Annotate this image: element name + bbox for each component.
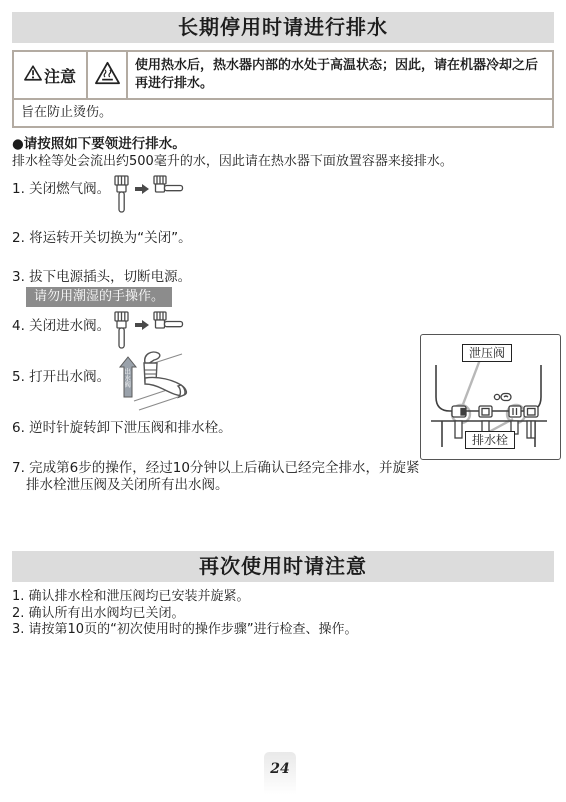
- step-5: 5. 打开出水阀。: [12, 369, 198, 415]
- heater-underside-diagram: 泄压阀 排水栓: [420, 334, 561, 460]
- faucet-open-icon: 出水阀: [114, 349, 198, 415]
- step-7: 7. 完成第6步的操作，经过10分钟以上后确认已经完全排水，并旋紧: [12, 460, 419, 477]
- step-5-label: 5. 打开出水阀。: [12, 369, 110, 386]
- step-6: 6. 逆时针旋转卸下泄压阀和排水栓。: [12, 420, 232, 437]
- step-3-label: 3. 拔下电源插头，切断电源。: [12, 269, 191, 286]
- step-1: 1. 关闭燃气阀。: [12, 181, 184, 230]
- drain-section-title: 长期停用时请进行排水: [12, 12, 554, 43]
- step-6-label: 6. 逆时针旋转卸下泄压阀和排水栓。: [12, 420, 232, 437]
- caution-label-cell: 注意: [14, 52, 88, 98]
- step-2: 2. 将运转开关切换为“关闭”。: [12, 230, 192, 247]
- step-7-label-line2: 排水栓泄压阀及关闭所有出水阀。: [26, 477, 229, 494]
- caution-box: 注意 使用热水后，热水器内部的水处于高温状态；因此，请在机器冷却之后再进行排水。…: [12, 50, 554, 128]
- reuse-item-2: 2. 确认所有出水阀均已关闭。: [12, 606, 554, 623]
- caution-body-text: 使用热水后，热水器内部的水处于高温状态；因此，请在机器冷却之后再进行排水。: [128, 52, 552, 98]
- manual-page: 长期停用时请进行排水 注意: [0, 0, 566, 802]
- step-4-label: 4. 关闭进水阀。: [12, 318, 110, 335]
- step-1-label: 1. 关闭燃气阀。: [12, 181, 110, 198]
- faucet-arrow-label: 出水阀: [123, 368, 131, 388]
- step-2-label: 2. 将运转开关切换为“关闭”。: [12, 230, 192, 247]
- page-number: 24: [264, 761, 296, 777]
- reuse-section-title: 再次使用时请注意: [12, 551, 554, 582]
- valve-open-to-closed-icon: [112, 175, 184, 230]
- reuse-item-3: 3. 请按第10页的“初次使用时的操作步骤”进行检查、操作。: [12, 622, 554, 639]
- step-7-label: 7. 完成第6步的操作，经过10分钟以上后确认已经完全排水，并旋紧: [12, 460, 419, 477]
- step-3: 3. 拔下电源插头，切断电源。: [12, 269, 191, 286]
- page-number-tab: 24: [264, 752, 296, 802]
- reuse-item-1: 1. 确认排水栓和泄压阀均已安装并旋紧。: [12, 589, 554, 606]
- warning-triangle-icon: [24, 65, 42, 85]
- wet-hands-warning-box: 请勿用潮湿的手操作。: [26, 287, 172, 307]
- procedure-steps: 1. 关闭燃气阀。: [12, 173, 554, 535]
- procedure-heading: ●请按照如下要领进行排水。: [12, 136, 554, 153]
- drain-plug-label: 排水栓: [465, 431, 515, 449]
- relief-valve-label: 泄压阀: [462, 344, 512, 362]
- caution-pictogram-cell: [88, 52, 128, 98]
- reuse-checklist: 1. 确认排水栓和泄压阀均已安装并旋紧。 2. 确认所有出水阀均已关闭。 3. …: [12, 589, 554, 639]
- procedure-note: 排水栓等处会流出约500毫升的水，因此请在热水器下面放置容器来接排水。: [12, 153, 554, 170]
- hot-surface-triangle-icon: [94, 61, 121, 89]
- caution-purpose-text: 旨在防止烫伤。: [14, 100, 552, 126]
- caution-label: 注意: [44, 64, 76, 87]
- caution-header-row: 注意 使用热水后，热水器内部的水处于高温状态；因此，请在机器冷却之后再进行排水。: [14, 52, 552, 100]
